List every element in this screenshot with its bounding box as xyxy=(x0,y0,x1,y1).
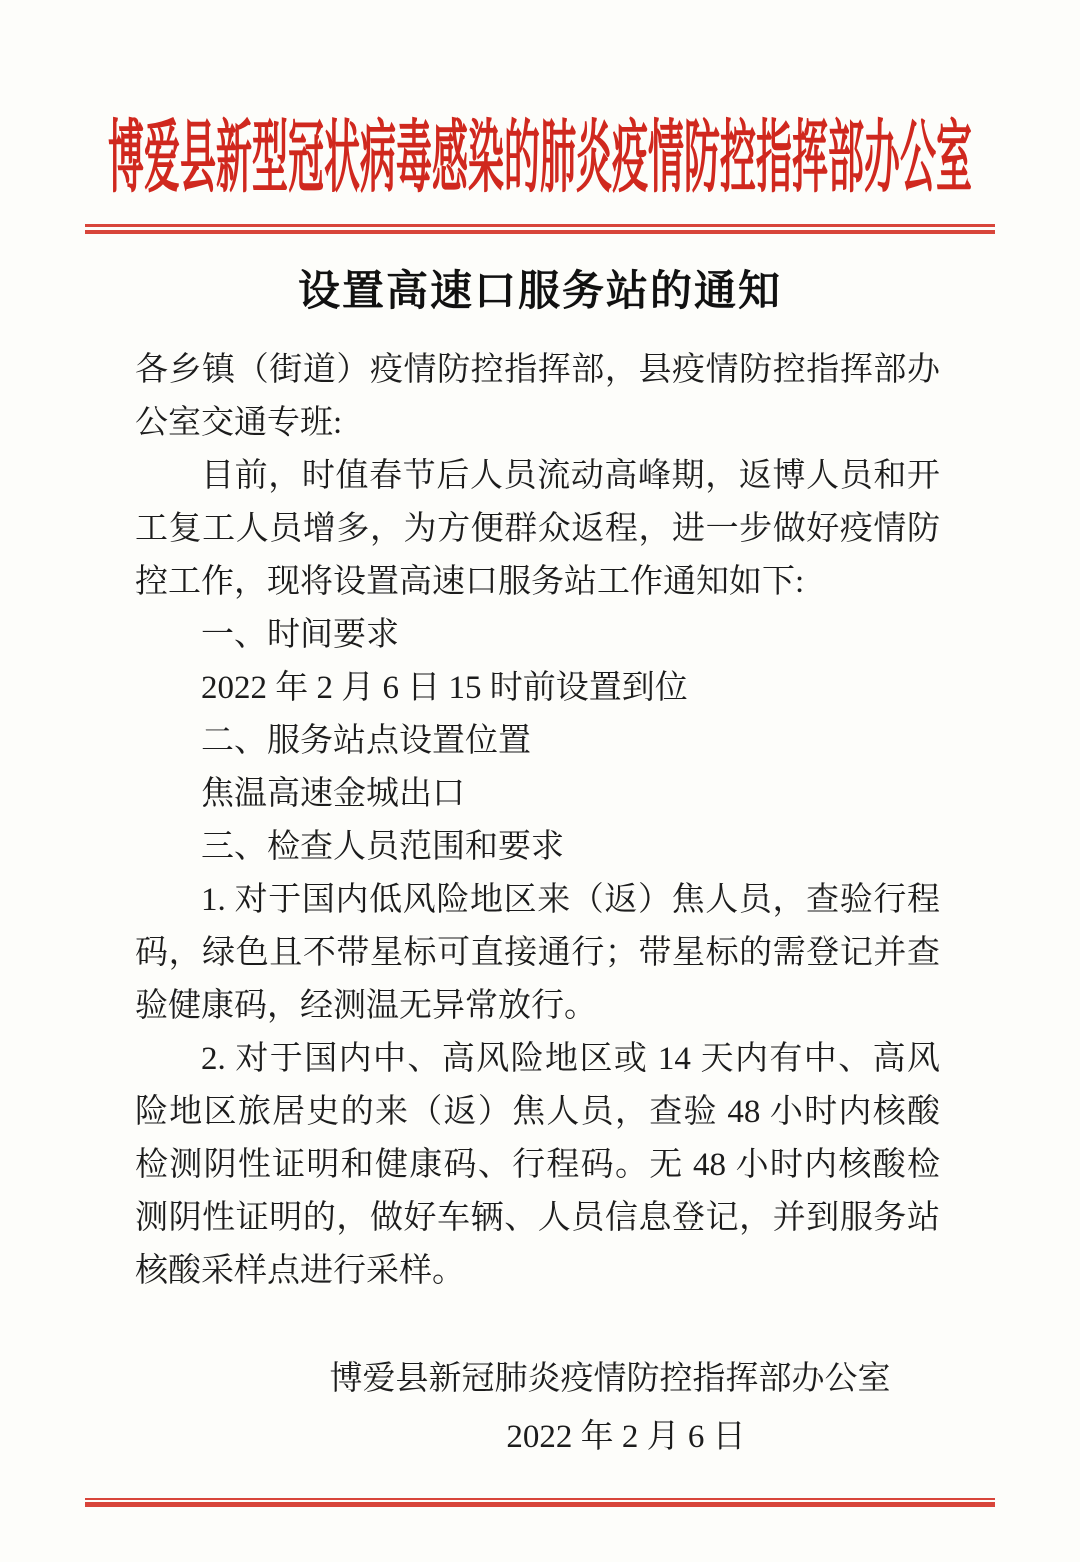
signature-block: 博爱县新冠肺炎疫情防控指挥部办公室 2022 年 2 月 6 日 xyxy=(70,1350,1080,1466)
intro-paragraph: 目前，时值春节后人员流动高峰期，返博人员和开工复工人员增多，为方便群众返程，进一… xyxy=(135,450,940,609)
section-2-heading: 二、服务站点设置位置 xyxy=(135,715,940,768)
salutation: 各乡镇（街道）疫情防控指挥部，县疫情防控指挥部办公室交通专班: xyxy=(135,344,940,450)
section-3-item-1: 1. 对于国内低风险地区来（返）焦人员，查验行程码，绿色且不带星标可直接通行；带… xyxy=(135,874,940,1033)
signature-signer: 博爱县新冠肺炎疫情防控指挥部办公室 xyxy=(70,1350,1080,1408)
signature-date: 2022 年 2 月 6 日 xyxy=(86,1408,1080,1466)
letterhead: 博爱县新型冠状病毒感染的肺炎疫情防控指挥部办公室 xyxy=(0,88,1080,216)
document-body: 各乡镇（街道）疫情防控指挥部，县疫情防控指挥部办公室交通专班: 目前，时值春节后… xyxy=(135,344,940,1298)
letterhead-title: 博爱县新型冠状病毒感染的肺炎疫情防控指挥部办公室 xyxy=(108,96,972,208)
letterhead-double-rule xyxy=(85,224,995,234)
section-1-heading: 一、时间要求 xyxy=(135,609,940,662)
notice-page: 博爱县新型冠状病毒感染的肺炎疫情防控指挥部办公室 设置高速口服务站的通知 各乡镇… xyxy=(0,0,1080,1562)
document-title: 设置高速口服务站的通知 xyxy=(0,258,1080,318)
section-2-content: 焦温高速金城出口 xyxy=(135,768,940,821)
section-3-heading: 三、检查人员范围和要求 xyxy=(135,821,940,874)
section-3-item-2: 2. 对于国内中、高风险地区或 14 天内有中、高风险地区旅居史的来（返）焦人员… xyxy=(135,1033,940,1298)
footer-double-rule xyxy=(85,1498,995,1507)
section-1-content: 2022 年 2 月 6 日 15 时前设置到位 xyxy=(135,662,940,715)
